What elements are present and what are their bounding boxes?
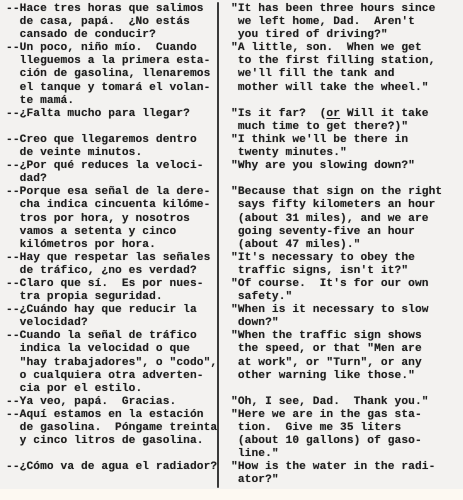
text-line: "When the traffic sign shows — [231, 330, 463, 343]
text-line: "Of course. It's for our own — [231, 278, 463, 291]
text-line: o cualquiera otra adverten- — [6, 370, 216, 383]
text-line — [231, 173, 463, 186]
text-line: down?" — [231, 317, 463, 330]
text-line: --¿Por qué reduces la veloci- — [6, 160, 216, 173]
text-line: you tired of driving?" — [231, 29, 463, 42]
text-line: says fifty kilometers an hour — [231, 199, 463, 212]
text-line: --Creo que llegaremos dentro — [6, 134, 216, 147]
text-line: "Because that sign on the right — [231, 186, 463, 199]
text-line: safety." — [231, 291, 463, 304]
text-line: de casa, papá. ¿No estás — [6, 16, 216, 29]
english-column: "It has been three hours since we left h… — [231, 3, 463, 487]
text-line: "hay trabajadores", o "codo", — [6, 357, 216, 370]
text-line: de tráfico, ¿no es verdad? — [6, 265, 216, 278]
text-line — [231, 95, 463, 108]
text-line: mother will take the wheel." — [231, 82, 463, 95]
text-line: --¿Cuándo hay que reducir la — [6, 304, 216, 317]
text-line: tros por hora, y nosotros — [6, 213, 216, 226]
text-line: cha indica cincuenta kilóme- — [6, 199, 216, 212]
text-line: cansado de conducir? — [6, 29, 216, 42]
text-line: "I think we'll be there in — [231, 134, 463, 147]
text-line: at work", or "Turn", or any — [231, 357, 463, 370]
text-line: lleguemos a la primera esta- — [6, 55, 216, 68]
text-line: "A little, son. When we get — [231, 42, 463, 55]
text-line: other warning like those." — [231, 370, 463, 383]
underlined-word: or — [326, 108, 340, 120]
text-line: "How is the water in the radi- — [231, 461, 463, 474]
text-line: te mamá. — [6, 95, 216, 108]
text-line: "Is it far? (or Will it take — [231, 108, 463, 121]
text-line — [6, 448, 216, 461]
text-line — [231, 383, 463, 396]
text-line: --Aquí estamos en la estación — [6, 409, 216, 422]
text-line: "Here we are in the gas sta- — [231, 409, 463, 422]
text-line: --¿Cómo va de agua el radiador? — [6, 461, 216, 474]
text-line: "It's necessary to obey the — [231, 252, 463, 265]
text-line: "When is it necessary to slow — [231, 304, 463, 317]
text-line: "It has been three hours since — [231, 3, 463, 16]
text-line: (about 47 miles)." — [231, 239, 463, 252]
document-page: --Hace tres horas que salimos de casa, p… — [0, 0, 463, 500]
text-line: de gasolina. Póngame treinta — [6, 422, 216, 435]
text-line: indica la velocidad o que — [6, 343, 216, 356]
text-line: cia por el estilo. — [6, 383, 216, 396]
text-line: --Un poco, niño mío. Cuando — [6, 42, 216, 55]
text-line: traffic signs, isn't it?" — [231, 265, 463, 278]
text-line: --Cuando la señal de tráfico — [6, 330, 216, 343]
spanish-column: --Hace tres horas que salimos de casa, p… — [6, 3, 216, 474]
text-segment: Will it take — [340, 108, 429, 120]
text-line: line." — [231, 448, 463, 461]
text-line: the speed, or that "Men are — [231, 343, 463, 356]
text-line: --¿Falta mucho para llegar? — [6, 108, 216, 121]
text-line: tion. Give me 35 liters — [231, 422, 463, 435]
text-line: (about 10 gallons) of gaso- — [231, 435, 463, 448]
text-line: --Hace tres horas que salimos — [6, 3, 216, 16]
text-line: we left home, Dad. Aren't — [231, 16, 463, 29]
text-line: dad? — [6, 173, 216, 186]
text-line: ator?" — [231, 474, 463, 487]
text-line: --Ya veo, papá. Gracias. — [6, 396, 216, 409]
text-line: --Claro que sí. Es por nues- — [6, 278, 216, 291]
text-line: --Hay que respetar las señales — [6, 252, 216, 265]
text-line: kilómetros por hora. — [6, 239, 216, 252]
text-line: much time to get there?)" — [231, 121, 463, 134]
text-segment: "Is it far? ( — [231, 108, 326, 120]
text-line: (about 31 miles), and we are — [231, 213, 463, 226]
page-bottom-strip — [0, 489, 463, 500]
text-line: el tanque y tomará el volan- — [6, 82, 216, 95]
text-line: "Oh, I see, Dad. Thank you." — [231, 396, 463, 409]
text-line: "Why are you slowing down?" — [231, 160, 463, 173]
text-line: vamos a setenta y cinco — [6, 226, 216, 239]
text-line: going seventy-five an hour — [231, 226, 463, 239]
text-line: tra propia seguridad. — [6, 291, 216, 304]
text-line: we'll fill the tank and — [231, 68, 463, 81]
text-line: --Porque esa señal de la dere- — [6, 186, 216, 199]
text-line: to the first filling station, — [231, 55, 463, 68]
column-divider — [217, 2, 219, 488]
text-line — [6, 121, 216, 134]
text-line: y cinco litros de gasolina. — [6, 435, 216, 448]
text-line: de veinte minutos. — [6, 147, 216, 160]
text-line: velocidad? — [6, 317, 216, 330]
text-line: ción de gasolina, llenaremos — [6, 68, 216, 81]
text-line: twenty minutes." — [231, 147, 463, 160]
